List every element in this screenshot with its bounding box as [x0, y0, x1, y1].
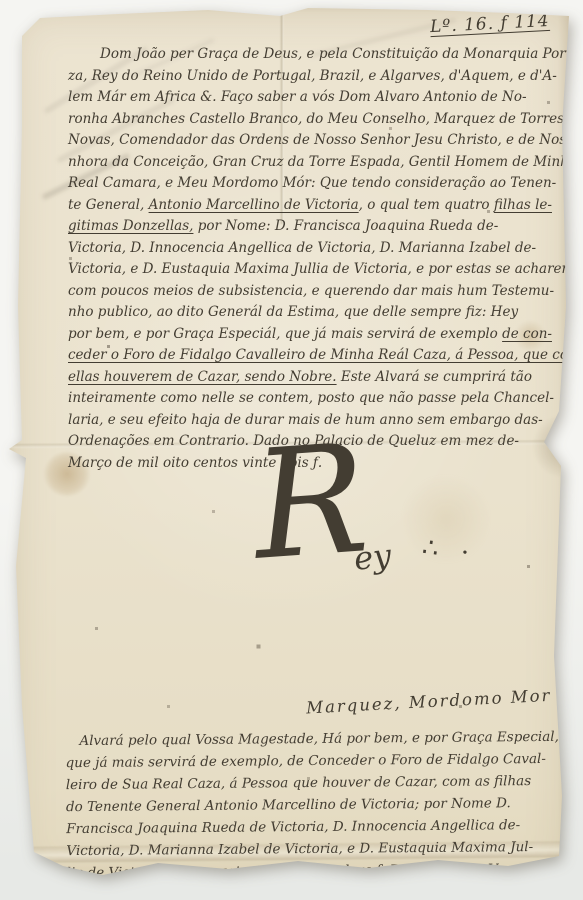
manuscript-line: por bem, e por Graça Especiál, que já ma… — [68, 324, 560, 346]
manuscript-line: Novas, Comendador das Ordens de Nosso Se… — [68, 130, 560, 152]
manuscript-line: lia de Victoria, como neste Alvará se de… — [66, 858, 558, 884]
signature-suffix-ey: ey — [352, 536, 393, 578]
manuscript-line: Real Camara, e Meu Mordomo Mór: Que tend… — [68, 173, 560, 195]
manuscript-line: za, Rey do Reino Unido de Portugal, Braz… — [68, 66, 560, 88]
manuscript-line: Victoria, D. Innocencia Angellica de Vic… — [68, 238, 560, 260]
photo-mat: Lº. 16. ƒ 114 Dom João per Graça de Deus… — [0, 0, 583, 900]
manuscript-paper: Lº. 16. ƒ 114 Dom João per Graça de Deus… — [8, 6, 574, 890]
registry-docket: Alvará pelo qual Vossa Magestade, Há por… — [65, 726, 558, 884]
manuscript-line: gitimas Donzellas, por Nome: D. Francisc… — [68, 216, 560, 238]
paper-shadow: Lº. 16. ƒ 114 Dom João per Graça de Deus… — [8, 6, 574, 890]
manuscript-line: inteiramente como nelle se contem, posto… — [68, 388, 560, 410]
signature-flourish-dots: ∴ · — [420, 532, 478, 569]
manuscript-line: Victoria, e D. Eustaquia Maxima Jullia d… — [68, 259, 560, 281]
manuscript-line: ceder o Foro de Fidalgo Cavalleiro de Mi… — [68, 345, 560, 367]
royal-signature: R ey ∴ · — [236, 446, 496, 626]
manuscript-line: te General, Antonio Marcellino de Victor… — [68, 195, 560, 217]
mordomo-mor-signature: Marquez, Mordomo Mor — [306, 685, 557, 717]
manuscript-line: ellas houverem de Cazar, sendo Nobre. Es… — [68, 367, 560, 389]
manuscript-line: com poucos meios de subsistencia, e quer… — [68, 281, 560, 303]
manuscript-line: nho publico, ao dito Generál da Estima, … — [68, 302, 560, 324]
manuscript-line: lem Már em Africa &. Faço saber a vós Do… — [68, 87, 560, 109]
paper-specks — [8, 6, 9, 7]
royal-letter-body: Dom João per Graça de Deus, e pela Const… — [68, 44, 560, 474]
manuscript-line: Dom João per Graça de Deus, e pela Const… — [68, 44, 560, 66]
folio-reference: Lº. 16. ƒ 114 — [430, 11, 551, 37]
manuscript-line: ronha Abranches Castello Branco, do Meu … — [68, 109, 560, 131]
manuscript-line: nhora da Conceição, Gran Cruz da Torre E… — [68, 152, 560, 174]
